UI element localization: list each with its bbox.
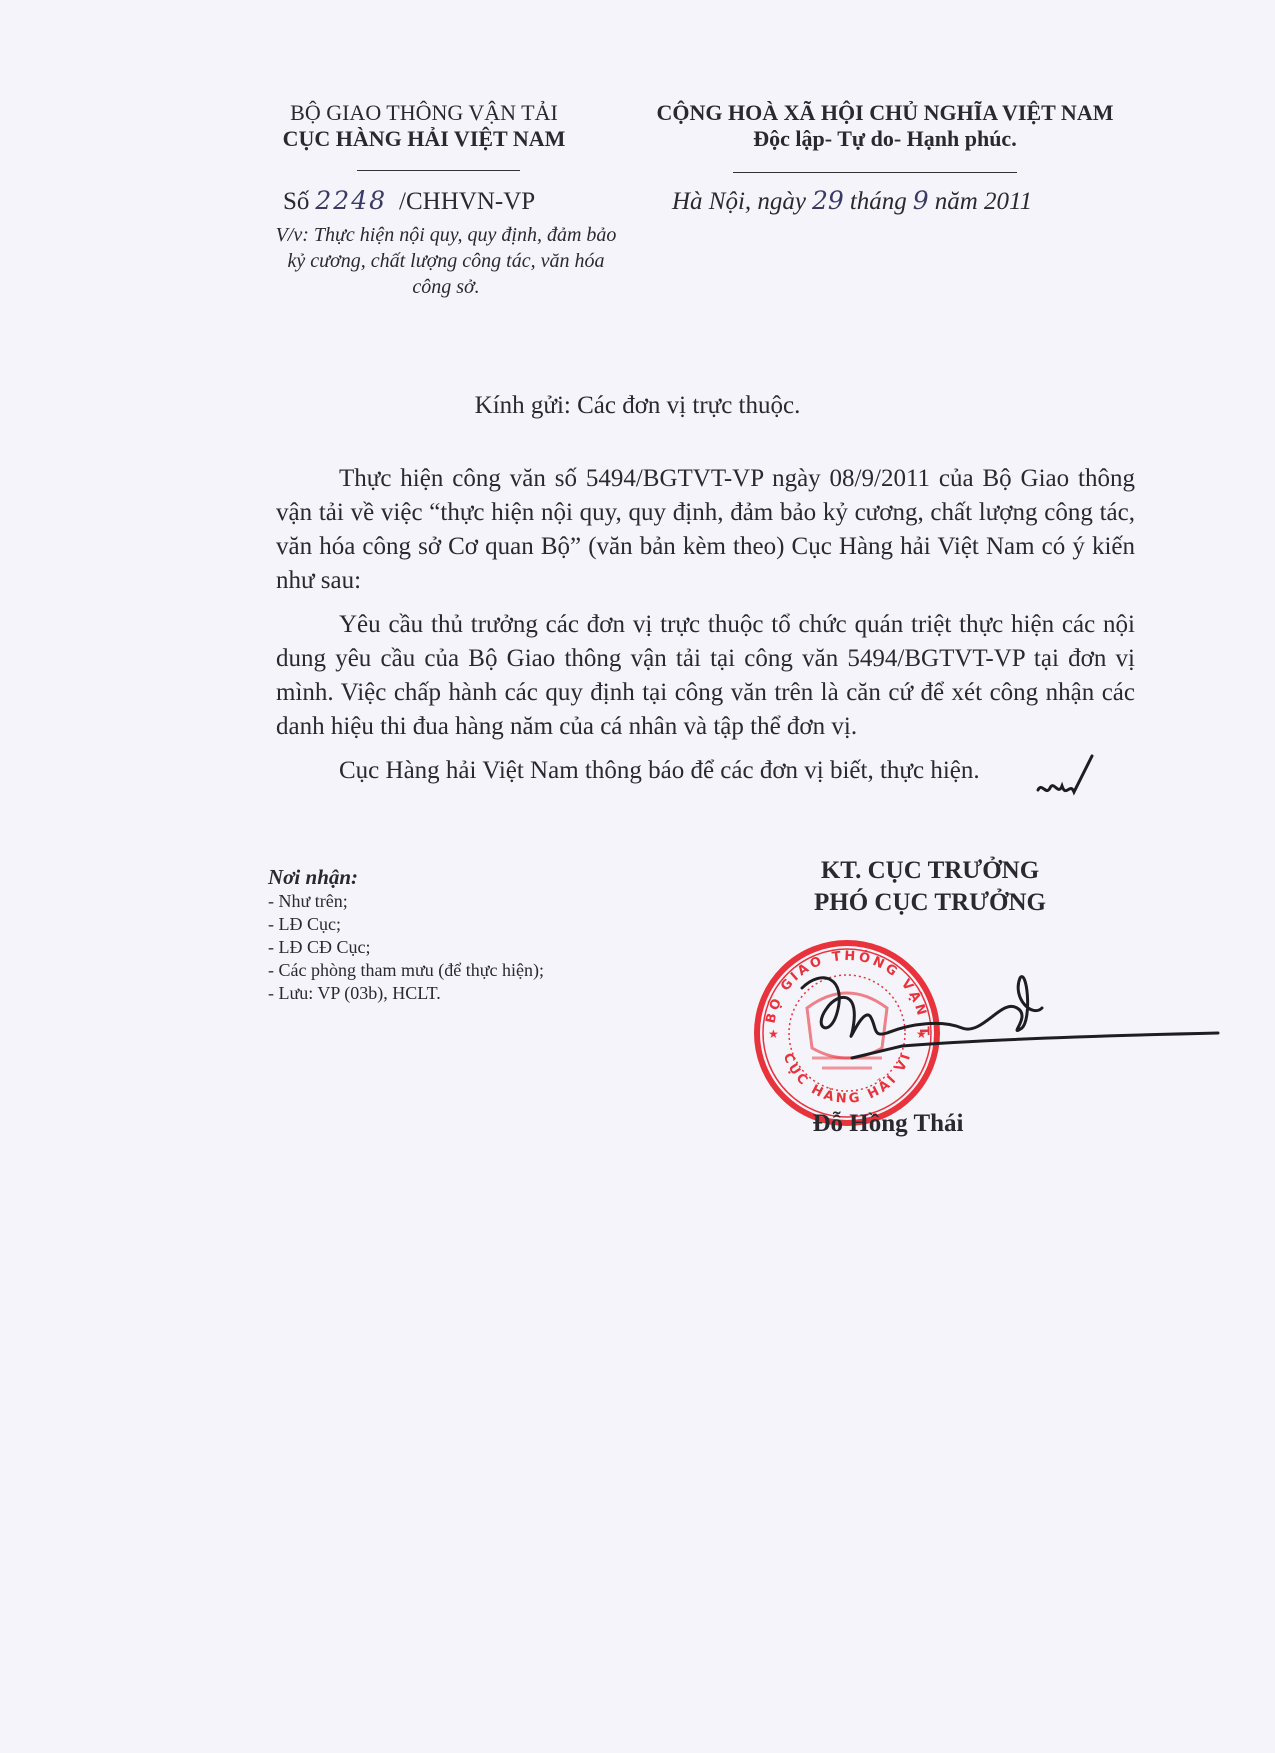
- svg-text:BỘ GIAO THÔNG VẬN TẢI: BỘ GIAO THÔNG VẬN TẢI: [752, 938, 931, 1038]
- recipient-item: - LĐ CĐ Cục;: [268, 936, 648, 959]
- handwritten-number: 2248: [315, 186, 387, 215]
- header-divider-left: [357, 170, 520, 171]
- date-month-label: tháng: [850, 188, 907, 215]
- national-title: CỘNG HOÀ XÃ HỘI CHỦ NGHĨA VIỆT NAM Độc l…: [630, 100, 1140, 152]
- issuing-authority: BỘ GIAO THÔNG VẬN TẢI CỤC HÀNG HẢI VIỆT …: [248, 100, 600, 152]
- recipients-list: Nơi nhận: - Như trên; - LĐ Cục; - LĐ CĐ …: [268, 864, 648, 1005]
- country-name: CỘNG HOÀ XÃ HỘI CHỦ NGHĨA VIỆT NAM: [630, 100, 1140, 126]
- document-body: Thực hiện công văn số 5494/BGTVT-VP ngày…: [276, 462, 1135, 798]
- number-prefix: Số: [283, 188, 309, 215]
- recipient-item: - Như trên;: [268, 890, 648, 913]
- document-date: Hà Nội, ngày29tháng9năm 2011: [672, 186, 1032, 216]
- national-motto: Độc lập- Tự do- Hạnh phúc.: [630, 126, 1140, 152]
- header-divider-right: [733, 172, 1017, 173]
- signer-role-1: KT. CỤC TRƯỞNG: [770, 855, 1090, 887]
- signature-title: KT. CỤC TRƯỞNG PHÓ CỤC TRƯỞNG: [770, 855, 1090, 919]
- greeting: Kính gửi: Các đơn vị trực thuộc.: [0, 392, 1275, 420]
- agency-name: CỤC HÀNG HẢI VIỆT NAM: [248, 126, 600, 152]
- recipient-item: - LĐ Cục;: [268, 913, 648, 936]
- date-day: 29: [812, 186, 844, 215]
- recipient-item: - Các phòng tham mưu (để thực hiện);: [268, 959, 648, 982]
- body-paragraph: Thực hiện công văn số 5494/BGTVT-VP ngày…: [276, 462, 1135, 598]
- official-seal-icon: BỘ GIAO THÔNG VẬN TẢI CỤC HÀNG HẢI VIỆT …: [752, 938, 1222, 1128]
- number-code: /CHHVN-VP: [399, 188, 535, 215]
- recipient-item: - Lưu: VP (03b), HCLT.: [268, 982, 648, 1005]
- body-paragraph: Cục Hàng hải Việt Nam thông báo để các đ…: [276, 754, 1135, 788]
- document-number: Số2248/CHHVN-VP: [283, 186, 535, 216]
- ministry-name: BỘ GIAO THÔNG VẬN TẢI: [248, 100, 600, 126]
- document-subject: V/v: Thực hiện nội quy, quy định, đảm bả…: [266, 222, 626, 300]
- body-paragraph: Yêu cầu thủ trưởng các đơn vị trực thuộc…: [276, 608, 1135, 744]
- svg-text:★: ★: [916, 1027, 927, 1041]
- date-year: năm 2011: [935, 188, 1032, 215]
- initial-mark-icon: [1036, 752, 1096, 802]
- svg-text:★: ★: [768, 1027, 779, 1041]
- date-month: 9: [913, 186, 929, 215]
- signer-role-2: PHÓ CỤC TRƯỞNG: [770, 887, 1090, 919]
- recipients-title: Nơi nhận:: [268, 864, 648, 890]
- signer-name: Đỗ Hồng Thái: [738, 1110, 1038, 1138]
- date-place: Hà Nội, ngày: [672, 188, 806, 215]
